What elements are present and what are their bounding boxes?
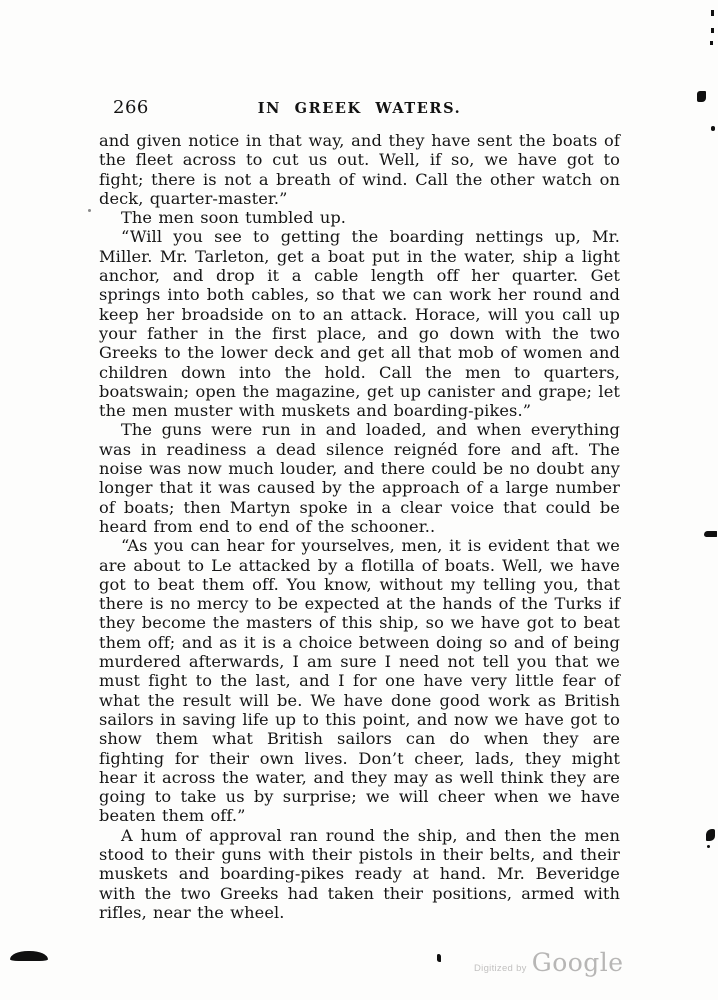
digitized-by-label: Digitized by bbox=[474, 963, 527, 974]
paragraph: The men soon tumbled up. bbox=[99, 208, 620, 227]
scan-artifact bbox=[711, 28, 714, 33]
paragraph: and given notice in that way, and they h… bbox=[99, 131, 620, 208]
running-title: IN GREEK WATERS. bbox=[99, 100, 620, 117]
digitization-watermark: Digitized by Google bbox=[474, 948, 624, 977]
scan-artifact bbox=[697, 91, 706, 102]
body-text: and given notice in that way, and they h… bbox=[99, 131, 620, 922]
paragraph: A hum of approval ran round the ship, an… bbox=[99, 826, 620, 922]
paragraph: “Will you see to getting the boarding ne… bbox=[99, 227, 620, 420]
scan-artifact bbox=[437, 954, 441, 962]
scan-artifact bbox=[711, 10, 714, 16]
paragraph: The guns were run in and loaded, and whe… bbox=[99, 420, 620, 536]
scan-artifact bbox=[707, 845, 710, 848]
scan-artifact bbox=[704, 531, 717, 537]
scanned-book-page: 266 IN GREEK WATERS. and given notice in… bbox=[0, 0, 718, 1000]
scan-artifact bbox=[711, 126, 715, 131]
scan-artifact bbox=[10, 951, 48, 961]
page-header: 266 IN GREEK WATERS. bbox=[99, 97, 620, 119]
paragraph: “As you can hear for yourselves, men, it… bbox=[99, 536, 620, 825]
scan-artifact bbox=[88, 209, 91, 212]
google-logo: Google bbox=[532, 948, 624, 977]
scan-artifact bbox=[706, 829, 715, 841]
scan-artifact bbox=[710, 41, 713, 45]
